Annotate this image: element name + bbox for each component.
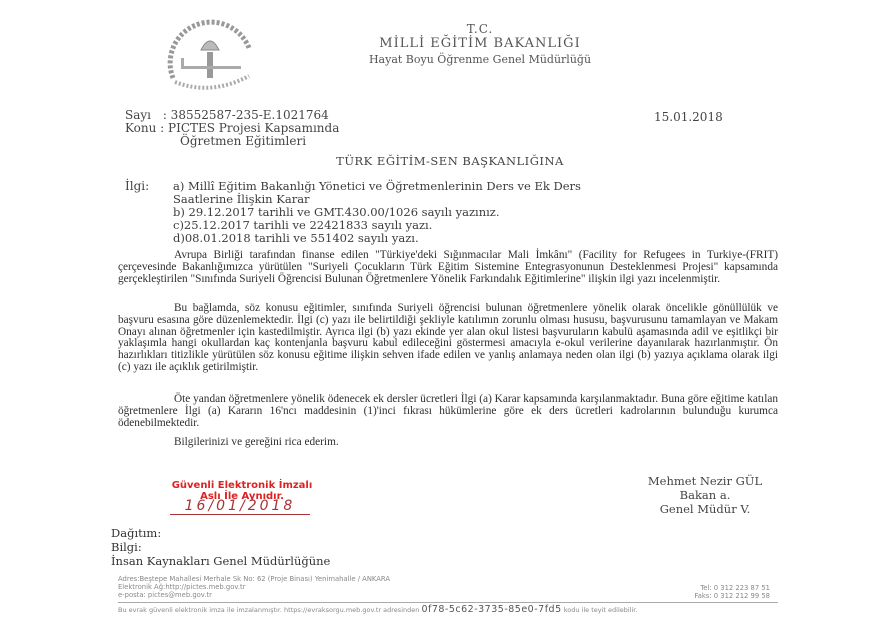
bilgi-label: Bilgi: (111, 540, 142, 554)
verify-code: 0f78-5c62-3735-85e0-7fd5 (421, 604, 561, 615)
verify-prefix: Bu evrak güvenli elektronik imza ile imz… (118, 606, 419, 614)
verification-line: Bu evrak güvenli elektronik imza ile imz… (118, 604, 778, 615)
handwritten-date: 16/01/2018 (170, 498, 310, 515)
sayi-value: : 38552587-235-E.1021764 (163, 108, 329, 122)
ilgi-label: İlgi: (125, 179, 149, 193)
ilgi-item: Saatlerine İlişkin Karar (173, 192, 310, 206)
sayi-row: Sayı : 38552587-235-E.1021764 (125, 108, 329, 122)
ilgi-item: b) 29.12.2017 tarihli ve GMT.430.00/1026… (173, 205, 500, 219)
footer-web[interactable]: Elektronik Ağ:http://pictes.meb.gov.tr (118, 583, 390, 591)
body-paragraph: Bu bağlamda, söz konusu eğitimler, sınıf… (118, 303, 778, 374)
recipient: TÜRK EĞİTİM-SEN BAŞKANLIĞINA (280, 154, 620, 168)
konu-value: : PICTES Projesi Kapsamında (160, 121, 339, 135)
signatory-name: Mehmet Nezir GÜL (620, 474, 790, 488)
ministry-seal-icon (165, 18, 257, 90)
konu-label: Konu (125, 121, 156, 135)
footer-email[interactable]: e-posta: pictes@meb.gov.tr (118, 591, 390, 599)
footer-tel: Tel: 0 312 223 87 51 (640, 584, 770, 592)
header-tc: T.C. (300, 22, 660, 36)
footer-phone: Tel: 0 312 223 87 51 Faks: 0 312 212 99 … (640, 584, 770, 600)
ilgi-item: d)08.01.2018 tarihli ve 551402 sayılı ya… (173, 231, 419, 245)
footer-contact: Adres:Beştepe Mahallesi Merhale Sk No: 6… (118, 575, 390, 599)
header-ministry: MİLLİ EĞİTİM BAKANLIĞI (300, 36, 660, 51)
body-paragraph: Avrupa Birliği tarafından finanse edilen… (118, 250, 778, 285)
ilgi-item: a) Millî Eğitim Bakanlığı Yönetici ve Öğ… (173, 179, 581, 193)
signatory-title: Bakan a. (620, 488, 790, 502)
stamp-line: Güvenli Elektronik İmzalı (162, 480, 322, 491)
closing-line: Bilgilerinizi ve gereğini rica ederim. (118, 437, 778, 449)
bilgi-item: İnsan Kaynakları Genel Müdürlüğüne (111, 554, 330, 568)
konu-value-2: Öğretmen Eğitimleri (180, 134, 306, 148)
header-directorate: Hayat Boyu Öğrenme Genel Müdürlüğü (300, 53, 660, 66)
sayi-label: Sayı (125, 108, 151, 122)
ilgi-item: c)25.12.2017 tarihli ve 22421833 sayılı … (173, 218, 432, 232)
signatory-title: Genel Müdür V. (620, 502, 790, 516)
document-date: 15.01.2018 (654, 110, 723, 124)
footer-address: Adres:Beştepe Mahallesi Merhale Sk No: 6… (118, 575, 390, 583)
footer-divider (118, 602, 778, 603)
konu-row: Konu : PICTES Projesi Kapsamında (125, 121, 339, 135)
footer-fax: Faks: 0 312 212 99 58 (640, 592, 770, 600)
verify-suffix: kodu ile teyit edilebilir. (564, 606, 638, 614)
body-paragraph: Öte yandan öğretmenlere yönelik ödenecek… (118, 394, 778, 429)
dagitim-label: Dağıtım: (111, 526, 161, 540)
